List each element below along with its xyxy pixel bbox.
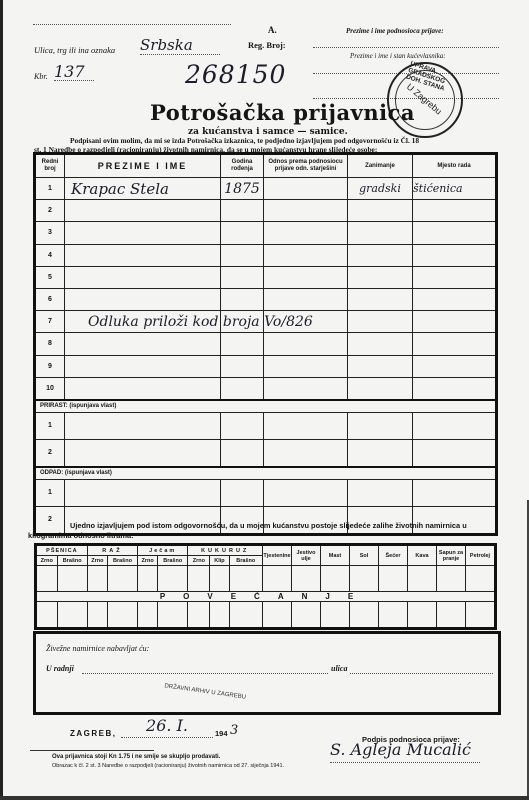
- occupation-cell[interactable]: [348, 355, 413, 377]
- supply-cell[interactable]: [437, 602, 466, 629]
- col-header-soap: Sapun za pranje: [437, 545, 466, 566]
- name-cell[interactable]: [65, 288, 221, 310]
- occupation-cell[interactable]: [348, 377, 413, 400]
- row-number: 10: [35, 377, 65, 400]
- supplies-intro-line2: kilogramima odnosno litrama:: [28, 531, 134, 540]
- subheader-wheat-flour: Brašno: [57, 556, 87, 566]
- street-label: Ulica, trg ili ina oznaka: [34, 45, 115, 55]
- col-header-sugar: Šećer: [379, 545, 408, 566]
- supplies-increase-row: [36, 602, 496, 629]
- relation-cell[interactable]: [264, 479, 348, 506]
- supply-cell[interactable]: [87, 566, 107, 592]
- street-field[interactable]: Srbska: [140, 36, 220, 55]
- col-header-number: Redni broj: [35, 154, 65, 178]
- subheader-barley-grain: Zrno: [138, 556, 158, 566]
- table-row: 6: [35, 288, 497, 310]
- supply-cell[interactable]: [107, 602, 137, 629]
- name-cell[interactable]: [65, 412, 221, 439]
- relation-cell[interactable]: [264, 222, 348, 244]
- workplace-cell[interactable]: [413, 244, 497, 266]
- scan-edge-bottom: [0, 796, 529, 800]
- table-header-row: Redni broj PREZIME I IME Godina rođenja …: [35, 154, 497, 178]
- birth-year-cell[interactable]: [221, 439, 264, 467]
- workplace-cell[interactable]: štićenica: [413, 178, 497, 200]
- birth-year-cell[interactable]: [221, 244, 264, 266]
- supply-cell[interactable]: [138, 602, 158, 629]
- table-row: 2: [35, 200, 497, 222]
- supply-cell[interactable]: [263, 602, 292, 629]
- supply-cell[interactable]: [292, 566, 321, 592]
- table-row: 4: [35, 244, 497, 266]
- birth-year-cell[interactable]: [221, 266, 264, 288]
- workplace-cell[interactable]: [413, 333, 497, 355]
- supplies-intro-line1: Ujedno izjavljujem pod istom odgovornošć…: [70, 521, 467, 530]
- subheader-wheat-grain: Zrno: [36, 556, 58, 566]
- workplace-cell[interactable]: [413, 377, 497, 400]
- relation-cell[interactable]: [264, 377, 348, 400]
- supply-cell[interactable]: [321, 602, 350, 629]
- col-header-workplace: Mjesto rada: [413, 154, 497, 178]
- name-cell[interactable]: [65, 222, 221, 244]
- subheader-rye-flour: Brašno: [107, 556, 137, 566]
- supplies-group-header-row: PŠENICA RAŽ Ječam KUKURUZ Tjestenine Jes…: [36, 545, 496, 556]
- supply-cell[interactable]: [379, 602, 408, 629]
- supply-cell[interactable]: [466, 602, 496, 629]
- house-number-field[interactable]: 137: [54, 62, 94, 81]
- table-row: 1 Krapac Stela 1875 gradski štićenica: [35, 178, 497, 200]
- relation-cell[interactable]: [264, 288, 348, 310]
- name-cell[interactable]: Krapac Stela: [65, 178, 221, 200]
- year-prefix: 194: [215, 729, 228, 738]
- supply-cell[interactable]: [188, 602, 210, 629]
- supply-cell[interactable]: [350, 602, 379, 629]
- occupation-cell[interactable]: [348, 439, 413, 467]
- workplace-cell[interactable]: [413, 200, 497, 222]
- row-number: 2: [35, 200, 65, 222]
- row-number: 2: [35, 439, 65, 467]
- date-field[interactable]: 26. I.: [121, 716, 213, 738]
- shop-name-label: U radnji: [46, 664, 74, 673]
- household-members-table: Redni broj PREZIME I IME Godina rođenja …: [33, 152, 498, 536]
- workplace-cell[interactable]: [413, 311, 497, 333]
- odpad-section-header: ODPAD: (ispunjava vlast): [35, 467, 497, 480]
- supply-cell[interactable]: [87, 602, 107, 629]
- name-cell[interactable]: [65, 266, 221, 288]
- col-header-birth-year: Godina rođenja: [221, 154, 264, 178]
- workplace-cell[interactable]: [413, 222, 497, 244]
- supply-cell[interactable]: [138, 566, 158, 592]
- supply-cell[interactable]: [379, 566, 408, 592]
- supply-cell[interactable]: [210, 566, 229, 592]
- group-header-rye: RAŽ: [87, 545, 137, 556]
- increase-section-row: POVEĆANJE: [36, 592, 496, 602]
- supply-cell[interactable]: [408, 602, 437, 629]
- table-row: 9: [35, 355, 497, 377]
- table-row: 3: [35, 222, 497, 244]
- supply-cell[interactable]: [229, 602, 263, 629]
- birth-year-cell[interactable]: [221, 222, 264, 244]
- scan-edge-left: [0, 0, 3, 800]
- group-header-wheat: PŠENICA: [36, 545, 88, 556]
- row-number: 7: [35, 311, 65, 333]
- row-number: 1: [35, 412, 65, 439]
- supply-cell[interactable]: [36, 566, 58, 592]
- group-header-barley: Ječam: [138, 545, 188, 556]
- shop-name-field[interactable]: [82, 664, 328, 674]
- birth-year-cell[interactable]: [221, 355, 264, 377]
- shop-street-label: ulica: [331, 664, 347, 673]
- odpad-label: ODPAD: (ispunjava vlast): [35, 467, 497, 480]
- row-number: 9: [35, 355, 65, 377]
- owner-label: Prezime i ime i stan kućevlasnika:: [350, 52, 446, 60]
- odpad-row: 1: [35, 479, 497, 506]
- relation-cell[interactable]: [264, 333, 348, 355]
- page-title: Potrošačka prijavnica: [150, 100, 415, 125]
- col-header-name: PREZIME I IME: [65, 154, 221, 178]
- name-cell[interactable]: [65, 244, 221, 266]
- prirast-section-header: PRIRAST: (ispunjava vlast): [35, 400, 497, 413]
- row-number: 8: [35, 333, 65, 355]
- signature-field[interactable]: S. Agleja Mucalić: [330, 740, 480, 763]
- birth-year-cell[interactable]: [221, 377, 264, 400]
- birth-year-cell[interactable]: [221, 333, 264, 355]
- col-header-salt: Sol: [350, 545, 379, 566]
- food-supplies-table: PŠENICA RAŽ Ječam KUKURUZ Tjestenine Jes…: [34, 543, 497, 630]
- year-suffix-field[interactable]: 3: [230, 723, 238, 738]
- supply-cell[interactable]: [321, 566, 350, 592]
- shop-street-field[interactable]: [350, 664, 493, 674]
- supply-cell[interactable]: [36, 602, 58, 629]
- supply-cell[interactable]: [188, 566, 210, 592]
- col-header-coffee: Kava: [408, 545, 437, 566]
- supply-cell[interactable]: [466, 566, 496, 592]
- name-cell[interactable]: [65, 333, 221, 355]
- occupation-cell[interactable]: [348, 479, 413, 506]
- supply-cell[interactable]: [158, 566, 188, 592]
- occupation-cell[interactable]: gradski: [348, 178, 413, 200]
- prirast-label: PRIRAST: (ispunjava vlast): [35, 400, 497, 413]
- occupation-cell[interactable]: [348, 311, 413, 333]
- supply-cell[interactable]: [437, 566, 466, 592]
- subheader-corn-flour: Brašno: [229, 556, 263, 566]
- supply-cell[interactable]: [158, 602, 188, 629]
- city-label: ZAGREB,: [70, 729, 117, 738]
- birth-year-cell[interactable]: [221, 200, 264, 222]
- group-header-corn: KUKURUZ: [188, 545, 263, 556]
- relation-cell[interactable]: [264, 178, 348, 200]
- applicant-name-field[interactable]: [313, 38, 499, 48]
- occupation-cell[interactable]: [348, 288, 413, 310]
- relation-cell[interactable]: [264, 412, 348, 439]
- row-number: 5: [35, 266, 65, 288]
- supply-cell[interactable]: [57, 566, 87, 592]
- table-row: 8: [35, 333, 497, 355]
- supply-cell[interactable]: [408, 566, 437, 592]
- name-cell[interactable]: [65, 479, 221, 506]
- workplace-cell[interactable]: [413, 412, 497, 439]
- workplace-cell[interactable]: [413, 479, 497, 506]
- archive-stamp: DRŽAVNI ARHIV U ZAGREBU: [164, 683, 246, 700]
- reg-number-label: Reg. Broj:: [248, 40, 286, 50]
- workplace-cell[interactable]: [413, 288, 497, 310]
- col-header-petroleum: Petrolej: [466, 545, 496, 566]
- handwritten-registration-number: 268150: [185, 60, 286, 89]
- occupation-cell[interactable]: [348, 244, 413, 266]
- workplace-cell[interactable]: [413, 355, 497, 377]
- relation-cell[interactable]: [264, 266, 348, 288]
- ration-form-page: A. Ulica, trg ili ina oznaka Srbska Kbr.…: [0, 0, 529, 800]
- subheader-barley-flour: Brašno: [158, 556, 188, 566]
- form-letter: A.: [268, 25, 277, 35]
- col-header-lard: Mast: [321, 545, 350, 566]
- shop-section: Živežne namirnice nabavljat ću: U radnji…: [33, 631, 501, 715]
- table-row: 5: [35, 266, 497, 288]
- supply-cell[interactable]: [350, 566, 379, 592]
- birth-year-cell[interactable]: [221, 412, 264, 439]
- supply-cell[interactable]: [263, 566, 292, 592]
- supply-cell[interactable]: [292, 602, 321, 629]
- row-number: 3: [35, 222, 65, 244]
- supply-cell[interactable]: [229, 566, 263, 592]
- intro-text-line1: Podpisani ovim molim, da mi se izda Potr…: [70, 136, 419, 145]
- prirast-row: 2: [35, 439, 497, 467]
- birth-year-cell[interactable]: [221, 288, 264, 310]
- workplace-cell[interactable]: [413, 266, 497, 288]
- col-header-pasta: Tjestenine: [263, 545, 292, 566]
- col-header-oil: Jestivo ulje: [292, 545, 321, 566]
- occupation-cell[interactable]: [348, 266, 413, 288]
- subheader-rye-grain: Zrno: [87, 556, 107, 566]
- shop-section-label: Živežne namirnice nabavljat ću:: [46, 644, 149, 653]
- name-cell[interactable]: [65, 377, 221, 400]
- occupation-cell[interactable]: [348, 333, 413, 355]
- row-number: 6: [35, 288, 65, 310]
- relation-cell[interactable]: [264, 355, 348, 377]
- form-reference-note: Obrazac k čl. 2 st. 3 Naredbe o razpodje…: [52, 763, 284, 769]
- top-blank-line: [33, 24, 231, 25]
- relation-cell[interactable]: [264, 244, 348, 266]
- name-cell[interactable]: [65, 200, 221, 222]
- col-header-relation: Odnos prema podnosiocu prijave odn. star…: [264, 154, 348, 178]
- applicant-name-label: Prezime i ime podnosioca prijave:: [346, 27, 444, 35]
- occupation-cell[interactable]: [348, 412, 413, 439]
- price-note: Ova prijavnica stoji Kn 1.75 i ne smije …: [52, 754, 220, 760]
- supply-cell[interactable]: [210, 602, 229, 629]
- subheader-corn-cob: Klip: [210, 556, 229, 566]
- handwritten-note: Odluka priloži kod broja Vo/826: [88, 314, 313, 330]
- row-number: 1: [35, 178, 65, 200]
- prirast-row: 1: [35, 412, 497, 439]
- birth-year-cell[interactable]: 1875: [221, 178, 264, 200]
- supply-cell[interactable]: [107, 566, 137, 592]
- occupation-cell[interactable]: [348, 222, 413, 244]
- house-number-label: Kbr.: [34, 72, 48, 81]
- supplies-current-row: [36, 566, 496, 592]
- supply-cell[interactable]: [57, 602, 87, 629]
- table-row: 10: [35, 377, 497, 400]
- occupation-cell[interactable]: [348, 200, 413, 222]
- name-cell[interactable]: [65, 355, 221, 377]
- row-number: 4: [35, 244, 65, 266]
- footer-divider: [30, 750, 154, 751]
- increase-label: POVEĆANJE: [36, 592, 496, 602]
- name-cell[interactable]: [65, 439, 221, 467]
- workplace-cell[interactable]: [413, 439, 497, 467]
- birth-year-cell[interactable]: [221, 479, 264, 506]
- relation-cell[interactable]: [264, 439, 348, 467]
- col-header-occupation: Zanimanje: [348, 154, 413, 178]
- subheader-corn-grain: Zrno: [188, 556, 210, 566]
- row-number: 1: [35, 479, 65, 506]
- relation-cell[interactable]: [264, 200, 348, 222]
